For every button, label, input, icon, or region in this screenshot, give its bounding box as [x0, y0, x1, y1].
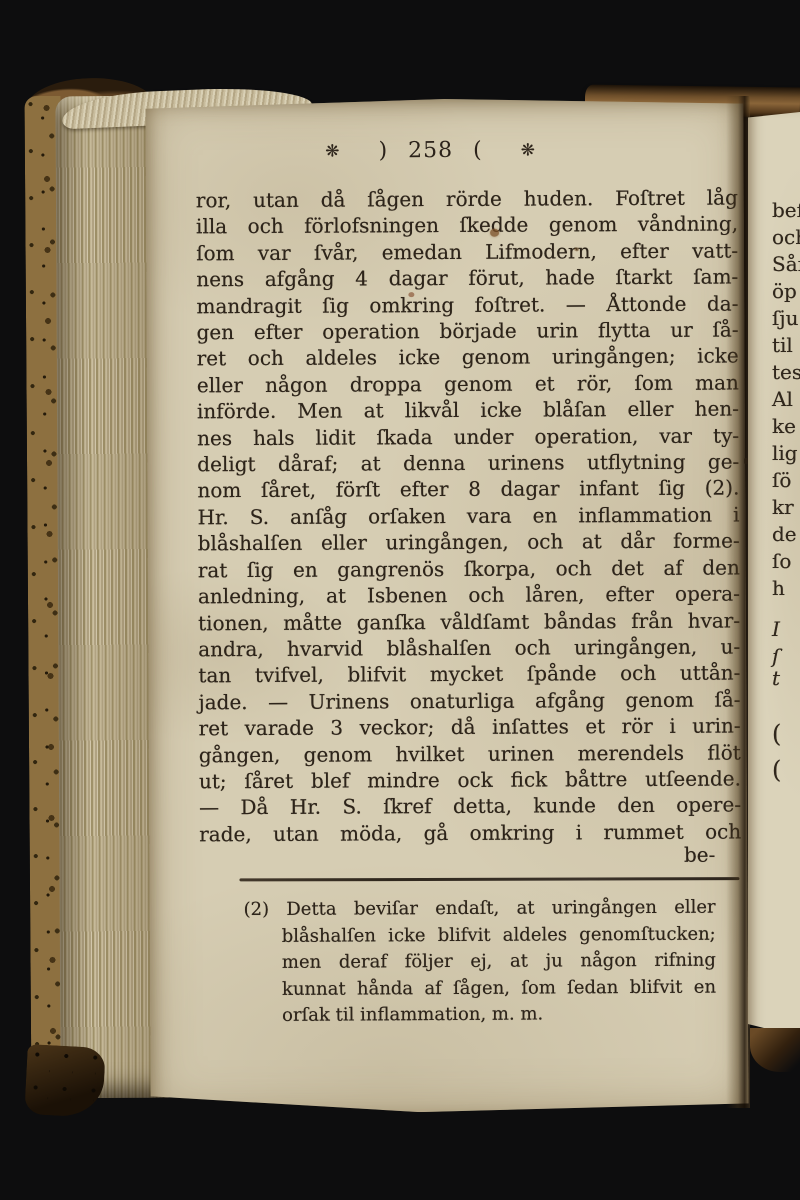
page-number-bracket-left: ) — [378, 138, 388, 163]
text-line: ret varade 3 veckor; då inſattes et rör … — [199, 713, 741, 742]
text-fragment: ke — [772, 414, 796, 438]
printer-ornament-icon: ❋ — [521, 140, 536, 160]
text-fragment: kr — [772, 495, 794, 519]
text-line: nens afgång 4 dagar förut, hade ſtarkt ſ… — [196, 264, 738, 293]
text-line: Hr. S. anſåg orſaken vara en inflammatio… — [197, 501, 739, 530]
text-line: mandragit ſig omkring foſtret. — Åttonde… — [196, 290, 738, 319]
page-number-bracket-right: ( — [473, 138, 483, 163]
footnote-line: (2) Detta beviſar endaſt, at uringången … — [244, 895, 716, 924]
text-fragment: de — [772, 522, 797, 546]
ink-stain — [408, 292, 414, 297]
text-line: införde. Men at likvål icke blåſan eller… — [197, 396, 739, 425]
text-line: ut; ſåret blef mindre ock fick båttre ut… — [199, 765, 741, 794]
facing-page-text-fragments: beſochSåröpſjutiltesAlkeligſökrdeſohIſt(… — [748, 112, 800, 1037]
text-fragment: ( — [772, 756, 781, 784]
text-line: gen efter operation började urin flytta … — [197, 317, 739, 346]
text-line: deligt dåraf; at denna urinens utflytnin… — [197, 449, 739, 478]
text-line: ror, utan då ſågen rörde huden. Foſtret … — [196, 184, 738, 213]
text-line: tan tvifvel, blifvit mycket ſpånde och u… — [198, 660, 740, 689]
text-fragment: til — [772, 333, 793, 357]
text-fragment: ſö — [772, 468, 791, 492]
footnote-line: orſak til inflammation, m. m. — [282, 1001, 716, 1030]
text-line: — Då Hr. S. ſkref detta, kunde den opere… — [199, 792, 741, 821]
leather-cover-bottom-left — [24, 1044, 106, 1118]
text-line: ſom var ſvår, emedan Lifmodern, efter va… — [196, 237, 738, 266]
page-body-text: ror, utan då ſågen rörde huden. Foſtret … — [196, 184, 741, 847]
text-line: nom ſåret, förſt efter 8 dagar infant ſi… — [197, 475, 739, 504]
text-line: rat ſig en gangrenös ſkorpa, och det af … — [198, 554, 740, 583]
text-line: anledning, at Isbenen och låren, efter o… — [198, 581, 740, 610]
text-fragment: och — [772, 225, 800, 249]
footnote: (2) Detta beviſar endaſt, at uringången … — [244, 895, 717, 1030]
text-fragment: ſju — [772, 306, 798, 330]
page-number: 258 — [408, 138, 453, 163]
ink-stain — [574, 247, 579, 251]
text-fragment: tes — [772, 360, 800, 384]
footnote-line: men deraf följer ej, at ju någon rifning — [282, 948, 716, 977]
text-fragment: ſo — [772, 549, 791, 573]
text-line: gången, genom hvilket urinen merendels f… — [199, 739, 741, 768]
photo-background: ❋ ) 258 ( ❋ ror, utan då ſågen rörde hud… — [0, 0, 800, 1200]
text-fragment: ſ — [772, 644, 779, 668]
text-line: eller någon droppa genom et rör, ſom man — [197, 369, 739, 398]
text-fragment: öp — [772, 279, 797, 303]
leather-cover-bottom-right — [750, 1028, 800, 1072]
ink-stain — [490, 229, 499, 237]
text-line: tionen, måtte ganſka våldſamt båndas frå… — [198, 607, 740, 636]
text-line: illa och förlofsningen ſkedde genom vånd… — [196, 211, 738, 240]
text-fragment: Sår — [772, 252, 800, 276]
book-page: ❋ ) 258 ( ❋ ror, utan då ſågen rörde hud… — [145, 94, 748, 1113]
facing-page-edge: beſochSåröpſjutiltesAlkeligſökrdeſohIſt(… — [748, 112, 800, 1037]
footnote-line: blåshalſen icke blifvit aldeles genomſtu… — [282, 921, 716, 950]
text-line: andra, hvarvid blåshalſen och uringången… — [198, 633, 740, 662]
footnote-separator — [239, 877, 739, 881]
footnote-line: kunnat hånda af ſågen, ſom ſedan blifvit… — [282, 974, 716, 1003]
text-fragment: t — [772, 666, 780, 690]
catchword: be- — [199, 842, 741, 869]
text-fragment: ( — [772, 720, 781, 748]
text-fragment: h — [772, 576, 785, 600]
text-line: jade. — Urinens onaturliga afgång genom … — [198, 686, 740, 715]
text-fragment: Al — [772, 387, 793, 411]
page-header: ❋ ) 258 ( ❋ — [132, 137, 730, 165]
text-fragment: lig — [772, 441, 798, 465]
page-gutter-shadow — [726, 96, 750, 1108]
text-line: nes hals lidit ſkada under operation, va… — [197, 422, 739, 451]
text-line: ret och aldeles icke genom uringången; i… — [197, 343, 739, 372]
text-line: blåshalſen eller uringången, och at dår … — [198, 528, 740, 557]
text-fragment: beſ — [772, 198, 800, 222]
printer-ornament-icon: ❋ — [325, 141, 340, 161]
text-fragment: I — [772, 617, 780, 641]
